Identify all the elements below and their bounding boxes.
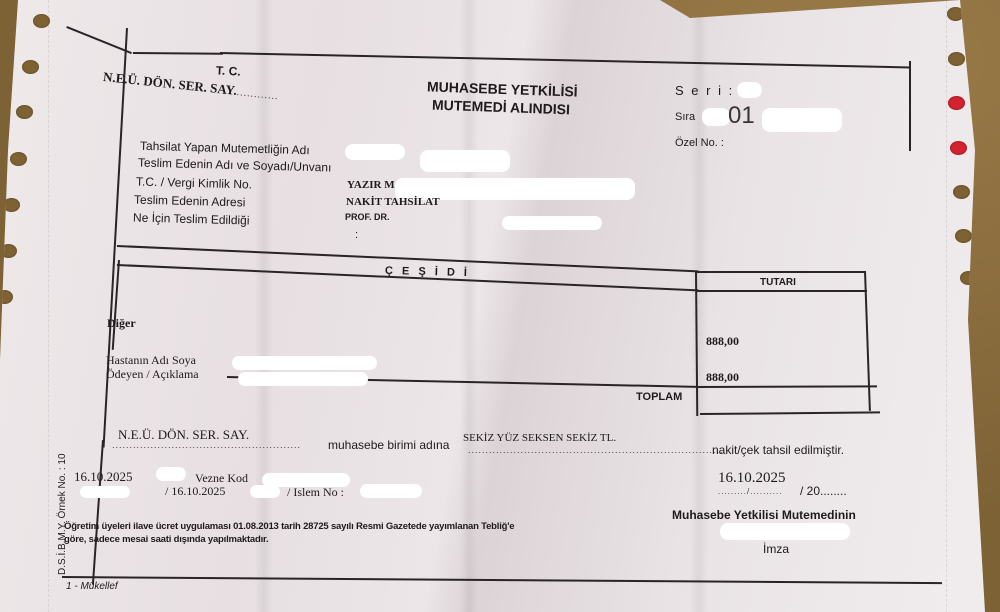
- total-amount: 888,00: [706, 370, 739, 385]
- transaction-date2: / 16.10.2025: [165, 484, 225, 499]
- redacted-sira: [762, 108, 842, 132]
- redacted-seri: [737, 82, 762, 98]
- field-label-vergi: T.C. / Vergi Kimlik No.: [136, 174, 252, 191]
- redacted-adres: [502, 216, 602, 230]
- redacted-mutemetlik-2: [420, 150, 510, 172]
- odeyen-label: Ödeyen / Açıklama: [106, 367, 199, 382]
- tractor-hole: [950, 141, 967, 155]
- signature-date: 16.10.2025: [718, 470, 786, 487]
- tractor-hole: [955, 229, 972, 243]
- tractor-hole: [22, 60, 39, 74]
- copy-label: 1 - Mükellef: [66, 581, 118, 592]
- ozel-no-label: Özel No. :: [675, 137, 724, 149]
- sira-label: Sıra: [675, 111, 695, 123]
- tractor-hole: [953, 185, 970, 199]
- country-label: T. C.: [216, 63, 241, 78]
- form-border: [909, 61, 911, 151]
- tractor-hole: [948, 96, 965, 110]
- signature-title: Muhasebe Yetkilisi Mutemedinin: [672, 508, 856, 522]
- total-label: TOPLAM: [636, 391, 682, 403]
- redacted-islem: [360, 484, 422, 498]
- field-label-adres: Teslim Edenin Adresi: [134, 193, 246, 210]
- transaction-date: 16.10.2025: [74, 469, 133, 485]
- redacted-hasta: [232, 356, 377, 370]
- redacted-odeyen: [238, 372, 368, 386]
- tractor-hole: [10, 152, 27, 166]
- signature-imza: İmza: [763, 542, 789, 556]
- vergi-value: NAKİT TAHSİLAT: [346, 196, 440, 208]
- perforation-line: [946, 0, 947, 612]
- redacted-sira-prefix: [702, 108, 730, 126]
- redacted-time: [250, 485, 280, 498]
- tractor-hole: [948, 52, 965, 66]
- notice-line1: Öğretim üyeleri ilave ücret uygulaması 0…: [64, 521, 514, 532]
- redacted-mutemetlik: [345, 144, 405, 160]
- statement-dots1: ........................................…: [112, 440, 301, 450]
- statement-dots2: ........................................…: [468, 445, 724, 455]
- adres-value: PROF. DR.: [345, 212, 390, 222]
- tutari-top-line: [695, 271, 865, 273]
- row-amount-diger: 888,00: [706, 334, 739, 349]
- islem-label: / Islem No :: [287, 485, 344, 500]
- tractor-hole: [33, 14, 50, 28]
- field-label-ne-icin: Ne İçin Teslim Edildiği: [133, 210, 250, 227]
- tutari-header-line: [697, 290, 867, 292]
- redacted-left: [80, 486, 130, 498]
- hasta-label: Hastanın Adı Soya: [106, 353, 196, 368]
- redacted-signature-name: [720, 523, 850, 540]
- sira-number: 01: [728, 102, 755, 130]
- signature-date-suffix: / 20........: [800, 484, 847, 498]
- tractor-hole: [16, 105, 33, 119]
- ne-icin-value: :: [355, 229, 358, 241]
- column-header-cesidi: Ç E Ş İ D İ: [385, 265, 470, 279]
- row-label-diger: Diğer: [107, 316, 136, 331]
- column-header-tutari: TUTARI: [760, 277, 796, 288]
- signature-date-dots: ........./..........: [718, 487, 782, 496]
- statement-middle: muhasebe birimi adına: [328, 438, 449, 452]
- side-form-code: D.S.İ.B.M.Y. Örnek No. : 10: [57, 453, 68, 575]
- statement-end: nakit/çek tahsil edilmiştir.: [712, 443, 844, 457]
- perforation-line: [48, 0, 49, 612]
- redacted-code: [156, 467, 186, 481]
- notice-line2: göre, sadece mesai saati dışında yapılma…: [64, 534, 268, 545]
- amount-in-words: SEKİZ YÜZ SEKSEN SEKİZ TL.: [463, 432, 616, 444]
- seri-label: S e r i :: [675, 83, 734, 98]
